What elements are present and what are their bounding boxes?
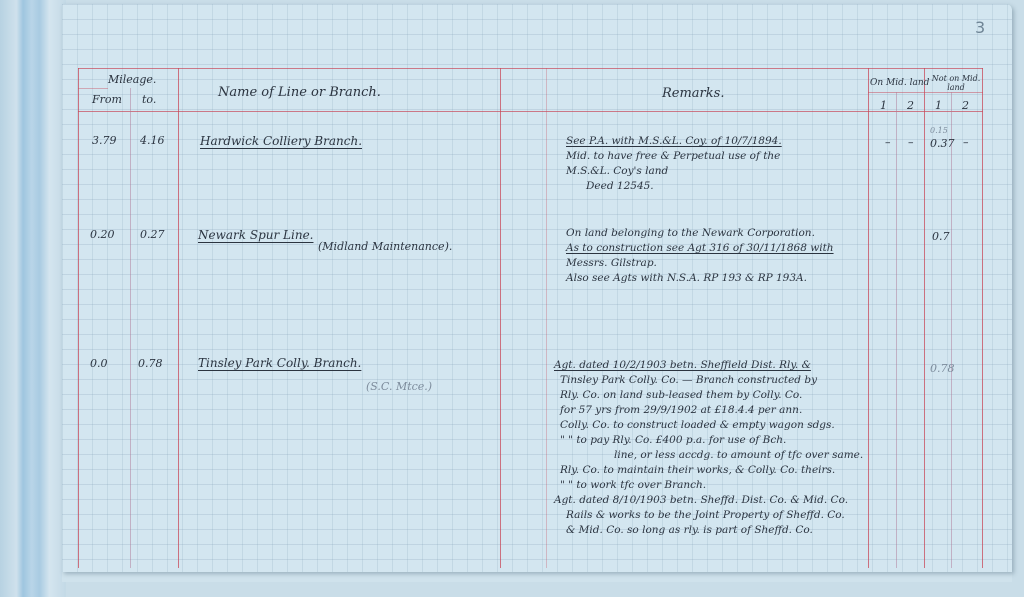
remark-line: On land belonging to the Newark Corporat… xyxy=(566,226,834,241)
remark-line: M.S.&L. Coy's land xyxy=(566,164,782,179)
header-not-on-mid-land: Not on Mid. land xyxy=(926,74,986,92)
remark-line: Mid. to have free & Perpetual use of the xyxy=(566,149,782,164)
remark-line: line, or less accdg. to amount of tfc ov… xyxy=(554,448,863,463)
col-rule-notmid-mid xyxy=(951,92,952,568)
remark-line: for 57 yrs from 29/9/1902 at £18.4.4 per… xyxy=(554,403,863,418)
col-rule-remarks-left xyxy=(500,68,501,568)
book-binding xyxy=(0,0,66,597)
header-remarks: Remarks. xyxy=(662,86,724,101)
header-name: Name of Line or Branch. xyxy=(218,85,381,100)
header-col-4: 2 xyxy=(962,99,969,112)
header-col-3: 1 xyxy=(935,99,942,112)
entry-3-subnote: (S.C. Mtce.) xyxy=(366,380,432,393)
remark-line: " " to pay Rly. Co. £400 p.a. for use of… xyxy=(554,433,863,448)
entry-3-to: 0.78 xyxy=(138,357,163,370)
remark-line: Messrs. Gilstrap. xyxy=(566,256,834,271)
entry-1-remarks: See P.A. with M.S.&L. Coy. of 10/7/1894.… xyxy=(566,134,782,194)
entry-2-subnote: (Midland Maintenance). xyxy=(318,240,452,253)
entry-2-name: Newark Spur Line. xyxy=(198,228,313,242)
entry-3-remarks: Agt. dated 10/2/1903 betn. Sheffield Dis… xyxy=(554,358,863,538)
entry-3-name: Tinsley Park Colly. Branch. xyxy=(198,356,361,370)
ledger-page xyxy=(62,4,1012,572)
remark-line: See P.A. with M.S.&L. Coy. of 10/7/1894. xyxy=(566,134,782,149)
remark-line: Tinsley Park Colly. Co. — Branch constru… xyxy=(554,373,863,388)
entry-2-remarks: On land belonging to the Newark Corporat… xyxy=(566,226,834,286)
header-col-1: 1 xyxy=(880,99,887,112)
entry-1-not-on-mid-2: – xyxy=(963,136,969,149)
col-rule-onmid-left xyxy=(868,68,869,568)
col-rule-left xyxy=(78,68,79,568)
header-bottom-rule xyxy=(78,111,983,112)
entry-1-on-mid-1: – xyxy=(885,136,891,149)
entry-1-to: 4.16 xyxy=(140,134,165,147)
remark-line: Deed 12545. xyxy=(566,179,782,194)
remark-line: " " to work tfc over Branch. xyxy=(554,478,863,493)
remark-line: Rails & works to be the Joint Property o… xyxy=(554,508,863,523)
col-rule-right xyxy=(982,68,983,568)
entry-3-from: 0.0 xyxy=(90,357,108,370)
sub-header-rule xyxy=(868,92,983,93)
remark-line: Also see Agts with N.S.A. RP 193 & RP 19… xyxy=(566,271,834,286)
header-to: to. xyxy=(142,93,156,106)
entry-2-from: 0.20 xyxy=(90,228,115,241)
col-rule-notmid-left xyxy=(924,68,925,568)
col-rule-name xyxy=(178,68,179,568)
remark-line: Agt. dated 8/10/1903 betn. Sheffd. Dist.… xyxy=(554,493,863,508)
header-top-rule xyxy=(78,68,983,69)
page-number: 3 xyxy=(975,18,985,37)
entry-2-not-on-mid-1: 0.7 xyxy=(932,230,950,243)
entry-1-not-on-mid-1: 0.37 xyxy=(930,137,955,150)
entry-3-not-on-mid-1: 0.78 xyxy=(930,362,955,375)
entry-2-to: 0.27 xyxy=(140,228,165,241)
col-rule-from-to xyxy=(130,88,131,568)
entry-1-not-on-mid-1-above: 0.15 xyxy=(930,126,948,135)
remark-line: Agt. dated 10/2/1903 betn. Sheffield Dis… xyxy=(554,358,863,373)
remark-line: Rly. Co. to maintain their works, & Coll… xyxy=(554,463,863,478)
header-mileage: Mileage. xyxy=(108,73,156,86)
header-from: From xyxy=(92,93,122,106)
remark-line: Rly. Co. on land sub-leased them by Coll… xyxy=(554,388,863,403)
remark-line: As to construction see Agt 316 of 30/11/… xyxy=(566,241,834,256)
header-mid-rule xyxy=(78,88,108,89)
header-col-2: 2 xyxy=(907,99,914,112)
remark-line: Colly. Co. to construct loaded & empty w… xyxy=(554,418,863,433)
entry-1-name: Hardwick Colliery Branch. xyxy=(200,134,362,148)
col-rule-onmid-mid xyxy=(896,92,897,568)
remark-line: & Mid. Co. so long as rly. is part of Sh… xyxy=(554,523,863,538)
remark-underlined: As to construction see Agt 316 of 30/11/… xyxy=(566,242,834,254)
header-on-mid-land: On Mid. land xyxy=(870,78,929,88)
entry-1-from: 3.79 xyxy=(92,134,117,147)
entry-1-on-mid-2: – xyxy=(908,136,914,149)
col-rule-remarks-right xyxy=(546,68,547,568)
